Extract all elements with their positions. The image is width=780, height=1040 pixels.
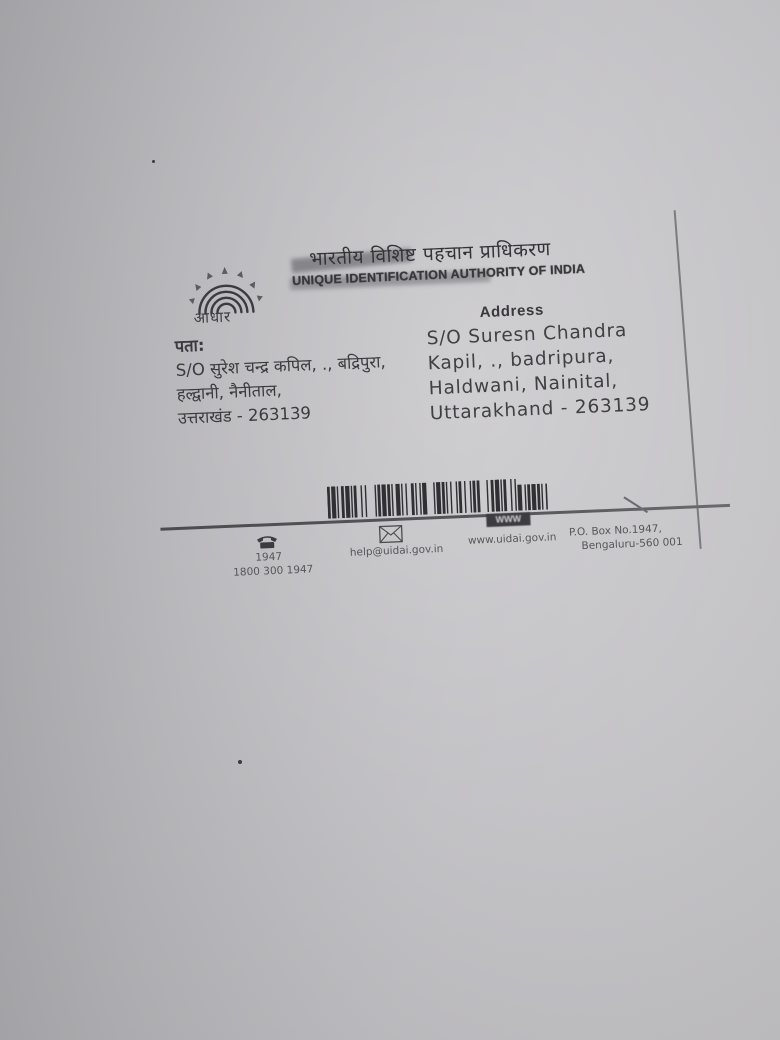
address-hindi: पता: S/O सुरेश चन्द्र कपिल, ., बद्रिपुरा…	[174, 326, 388, 431]
telephone-icon	[255, 533, 280, 550]
card-border	[674, 210, 702, 549]
www-badge-icon: WWW	[486, 512, 531, 527]
dust-speck	[152, 160, 155, 163]
address-english: S/O Suresn Chandra Kapil, ., badripura, …	[426, 317, 651, 426]
phone-short-number: 1947	[253, 551, 283, 564]
phone-toll-free: 1800 300 1947	[228, 563, 318, 579]
po-city: Bengaluru-560 001	[581, 536, 691, 553]
email-address: help@uidai.gov.in	[341, 543, 451, 560]
envelope-icon	[378, 525, 403, 544]
address-heading: Address	[479, 301, 544, 321]
aadhaar-card-back: आधार भारतीय विशिष्ट पहचान प्राधिकरण UNIQ…	[148, 208, 733, 592]
dust-speck	[238, 760, 242, 764]
aadhaar-logo-label: आधार	[193, 307, 231, 329]
website-url: www.uidai.gov.in	[457, 531, 567, 548]
